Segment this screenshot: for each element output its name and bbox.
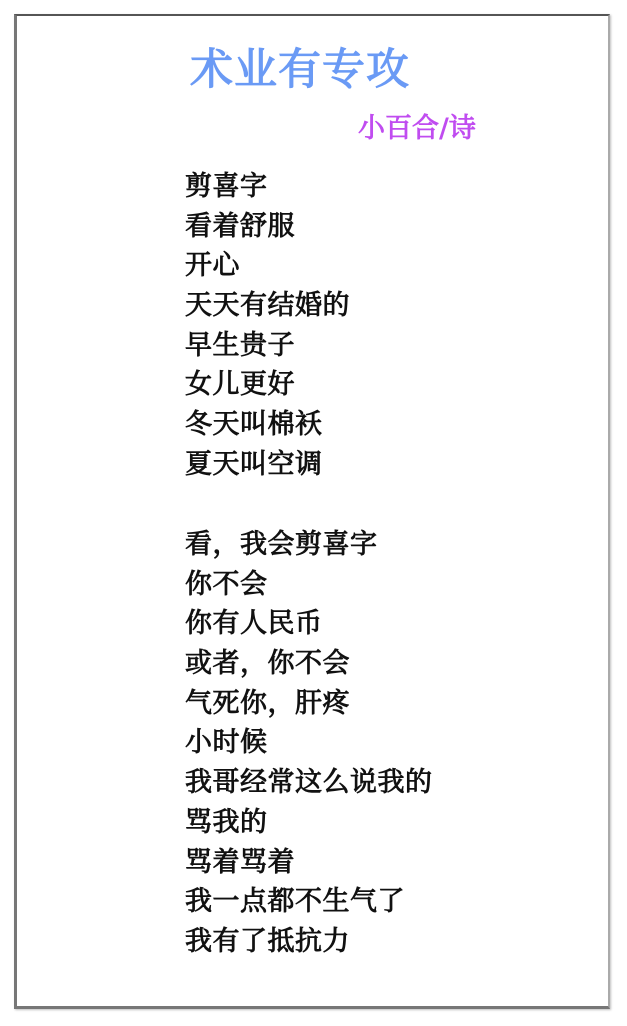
stanza-1: 剪喜字 看着舒服 开心 天天有结婚的 早生贵子 女儿更好 冬天叫棉袄 夏天叫空调: [185, 167, 350, 485]
poem-line: 骂我的: [185, 803, 433, 843]
poem-line: 你不会: [185, 565, 433, 605]
poem-author: 小百合/诗: [358, 112, 476, 146]
poem-line: 开心: [185, 246, 350, 286]
poem-line: 或者，你不会: [185, 644, 433, 684]
poem-line: 我哥经常这么说我的: [185, 763, 433, 803]
poem-line: 我一点都不生气了: [185, 882, 433, 922]
poem-line: 气死你，肝疼: [185, 684, 433, 724]
poem-line: 夏天叫空调: [185, 445, 350, 485]
poem-line: 我有了抵抗力: [185, 922, 433, 962]
poem-line: 天天有结婚的: [185, 286, 350, 326]
poem-line: 早生贵子: [185, 326, 350, 366]
poem-line: 你有人民币: [185, 604, 433, 644]
poem-line: 小时候: [185, 723, 433, 763]
poem-line: 看，我会剪喜字: [185, 525, 433, 565]
poem-line: 剪喜字: [185, 167, 350, 207]
poem-line: 冬天叫棉袄: [185, 405, 350, 445]
poem-line: 骂着骂着: [185, 843, 433, 883]
poem-line: 女儿更好: [185, 365, 350, 405]
stanza-2: 看，我会剪喜字 你不会 你有人民币 或者，你不会 气死你，肝疼 小时候 我哥经常…: [185, 525, 433, 962]
poem-title: 术业有专攻: [190, 44, 410, 96]
poem-line: 看着舒服: [185, 207, 350, 247]
